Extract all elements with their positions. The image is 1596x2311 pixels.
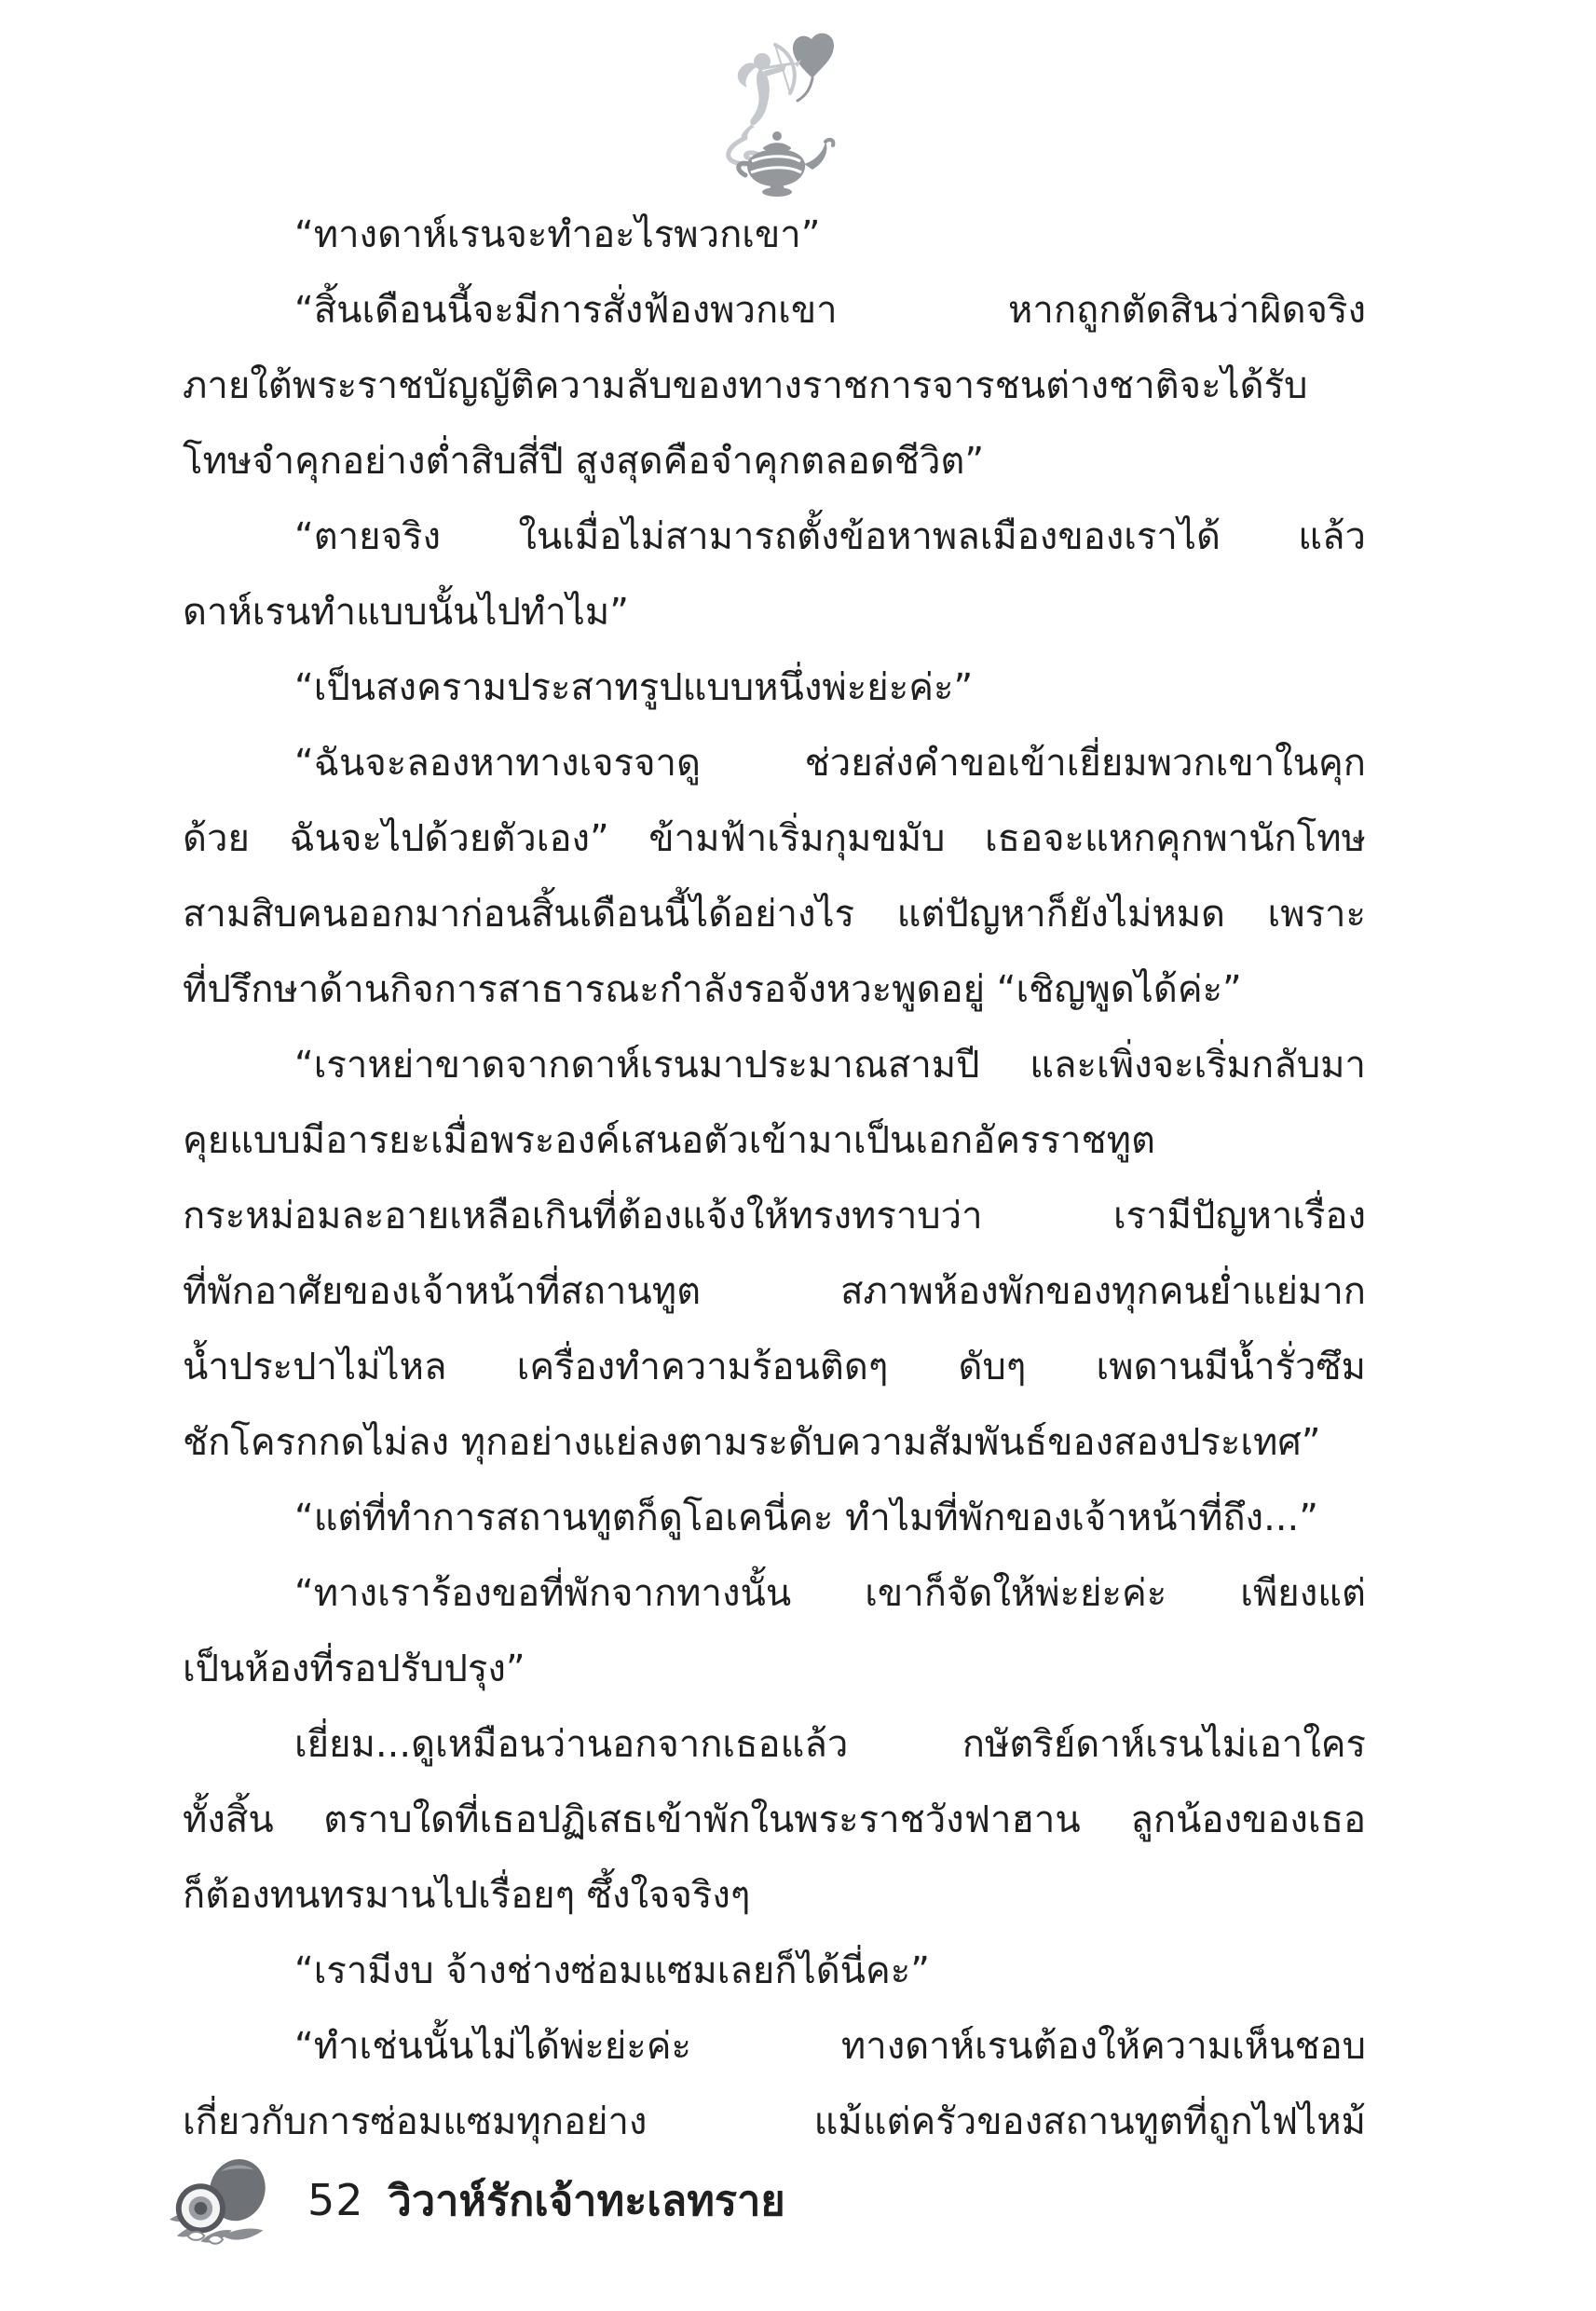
page-number: 52 — [307, 2175, 364, 2225]
book-title: วิวาห์รักเจ้าทะเลทราย — [389, 2167, 785, 2234]
body-line: ภายใต้พระราชบัญญัติความลับของทางราชการจา… — [183, 349, 1366, 424]
body-line: ดาห์เรนทำแบบนั้นไปทำไม” — [183, 575, 1366, 650]
body-line: “เรามีงบ จ้างช่างซ่อมแซมเลยก็ได้นี่คะ” — [183, 1934, 1366, 2009]
body-line: “ทำเช่นนั้นไม่ได้พ่ะย่ะค่ะ ทางดาห์เรนต้อ… — [183, 2009, 1366, 2085]
genie-lamp-icon — [739, 131, 834, 197]
heart-icon — [793, 34, 834, 101]
cupid-genie-lamp-ornament — [697, 26, 846, 198]
body-line: น้ำประปาไม่ไหล เครื่องทำความร้อนติดๆ ดับ… — [183, 1330, 1366, 1405]
body-line: “สิ้นเดือนนี้จะมีการสั่งฟ้องพวกเขา หากถู… — [183, 273, 1366, 349]
body-line: โทษจำคุกอย่างต่ำสิบสี่ปี สูงสุดคือจำคุกต… — [183, 424, 1366, 499]
body-line: ด้วย ฉันจะไปด้วยตัวเอง” ข้ามฟ้าเริ่มกุมข… — [183, 801, 1366, 877]
body-line: “เป็นสงครามประสาทรูปแบบหนึ่งพ่ะย่ะค่ะ” — [183, 650, 1366, 726]
body-line: เป็นห้องที่รอปรับปรุง” — [183, 1632, 1366, 1707]
coconut-icon — [164, 2151, 283, 2249]
body-line: ทั้งสิ้น ตราบใดที่เธอปฏิเสธเข้าพักในพระร… — [183, 1783, 1366, 1858]
page-footer: 52 วิวาห์รักเจ้าทะเลทราย — [164, 2151, 785, 2249]
body-line: ชักโครกกดไม่ลง ทุกอย่างแย่ลงตามระดับความ… — [183, 1405, 1366, 1481]
book-page: “ทางดาห์เรนจะทำอะไรพวกเขา”“สิ้นเดือนนี้จ… — [0, 0, 1596, 2311]
body-line: กระหม่อมละอายเหลือเกินที่ต้องแจ้งให้ทรงท… — [183, 1179, 1366, 1254]
body-line: เกี่ยวกับการซ่อมแซมทุกอย่าง แม้แต่ครัวขอ… — [183, 2085, 1366, 2160]
body-line: ก็ต้องทนทรมานไปเรื่อยๆ ซึ้งใจจริงๆ — [183, 1858, 1366, 1934]
body-line: “เราหย่าขาดจากดาห์เรนมาประมาณสามปี และเพ… — [183, 1028, 1366, 1103]
body-line: ที่พักอาศัยของเจ้าหน้าที่สถานทูต สภาพห้อ… — [183, 1254, 1366, 1330]
body-line: “แต่ที่ทำการสถานทูตก็ดูโอเคนี่คะ ทำไมที่… — [183, 1481, 1366, 1556]
body-line: คุยแบบมีอารยะเมื่อพระองค์เสนอตัวเข้ามาเป… — [183, 1103, 1366, 1179]
body-line: “ตายจริง ในเมื่อไม่สามารถตั้งข้อหาพลเมือ… — [183, 499, 1366, 575]
body-line: “ฉันจะลองหาทางเจรจาดู ช่วยส่งคำขอเข้าเยี… — [183, 726, 1366, 801]
body-line: ที่ปรึกษาด้านกิจการสาธารณะกำลังรอจังหวะพ… — [183, 952, 1366, 1028]
cupid-genie-lamp-icon — [697, 26, 846, 198]
body-line: “ทางเราร้องขอที่พักจากทางนั้น เขาก็จัดให… — [183, 1556, 1366, 1632]
body-line: สามสิบคนออกมาก่อนสิ้นเดือนนี้ได้อย่างไร … — [183, 877, 1366, 952]
body-text: “ทางดาห์เรนจะทำอะไรพวกเขา”“สิ้นเดือนนี้จ… — [183, 198, 1366, 2160]
body-line: “ทางดาห์เรนจะทำอะไรพวกเขา” — [183, 198, 1366, 273]
body-line: เยี่ยม...ดูเหมือนว่านอกจากเธอแล้ว กษัตริ… — [183, 1707, 1366, 1783]
